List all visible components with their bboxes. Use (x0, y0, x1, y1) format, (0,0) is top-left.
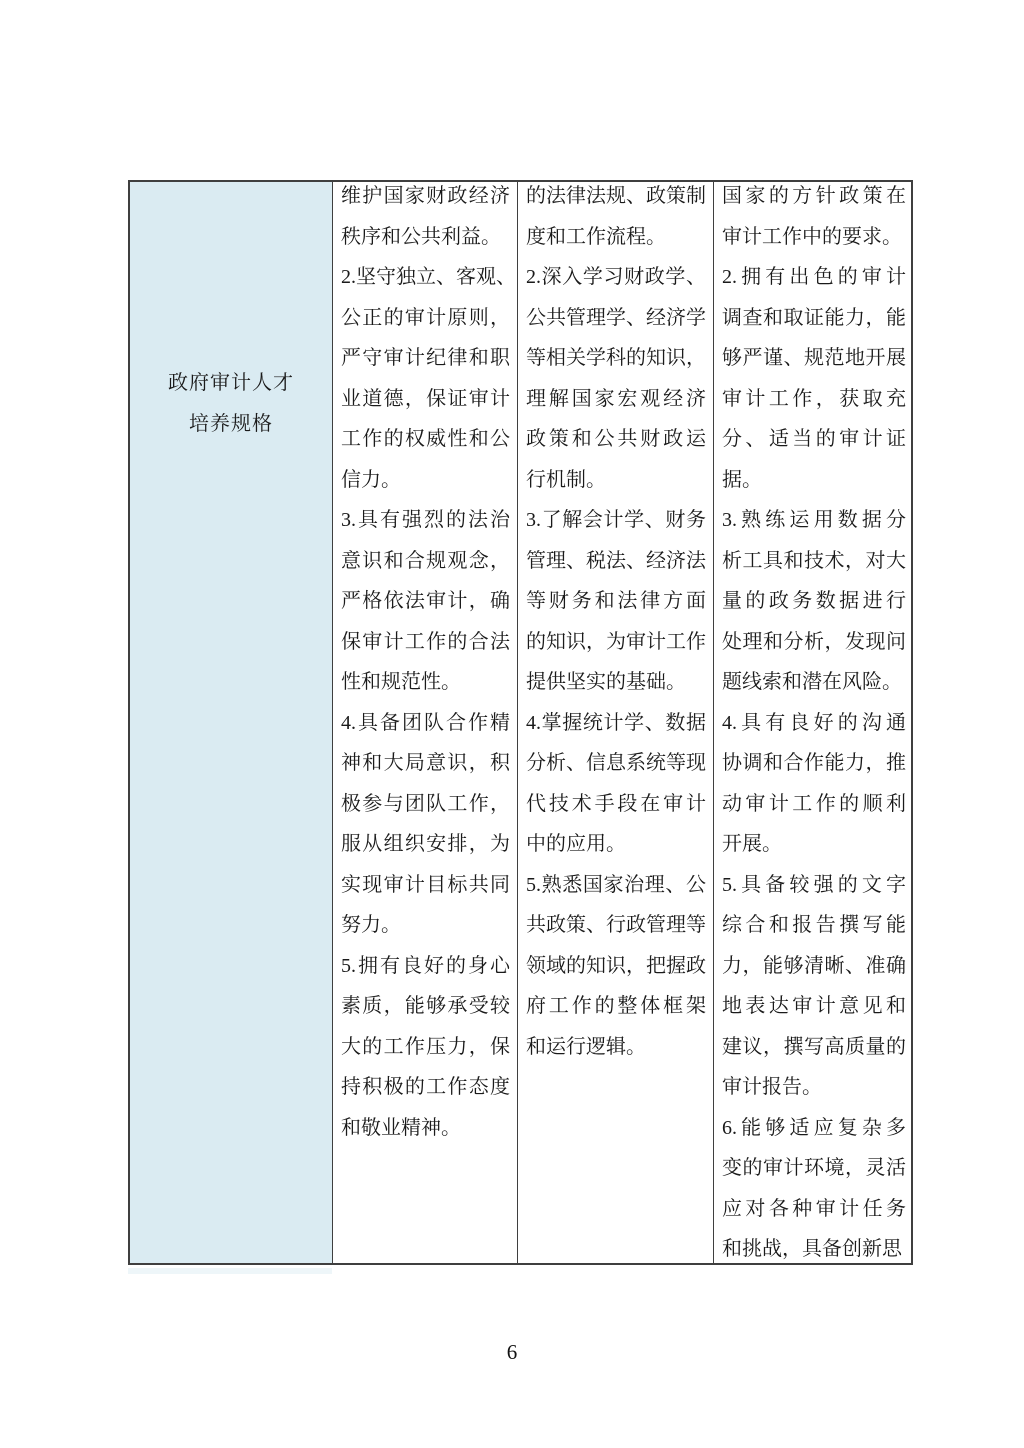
text-line: 地表达审计意见和 (722, 986, 906, 1027)
ability-requirements-text: 国家的方针政策在审计工作中的要求。2.拥有出色的审计调查和取证能力，能够严谨、规… (722, 182, 906, 1263)
text-line: 2.拥有出色的审计 (722, 257, 906, 298)
text-line: 共政策、行政管理等 (526, 905, 706, 946)
text-line: 严格依法审计，确 (341, 581, 510, 622)
text-line: 处理和分析，发现问 (722, 622, 906, 663)
text-line: 题线索和潜在风险。 (722, 662, 906, 703)
text-line: 大的工作压力，保 (341, 1027, 510, 1068)
text-line: 5.熟悉国家治理、公 (526, 865, 706, 906)
text-line: 国家的方针政策在 (722, 182, 906, 217)
text-line: 理解国家宏观经济 (526, 379, 706, 420)
text-line: 努力。 (341, 905, 510, 946)
text-line: 代技术手段在审计 (526, 784, 706, 825)
text-line: 5.拥有良好的身心 (341, 946, 510, 987)
text-line: 4.具有良好的沟通 (722, 703, 906, 744)
text-line: 建议，撰写高质量的 (722, 1027, 906, 1068)
text-line: 严守审计纪律和职 (341, 338, 510, 379)
text-line: 够严谨、规范地开展 (722, 338, 906, 379)
text-line: 管理、税法、经济法 (526, 541, 706, 582)
text-line: 应对各种审计任务 (722, 1189, 906, 1230)
text-line: 和挑战，具备创新思 (722, 1229, 906, 1263)
text-line: 调查和取证能力，能 (722, 298, 906, 339)
text-line: 极参与团队工作， (341, 784, 510, 825)
training-spec-table: 政府审计人才 培养规格 维护国家财政经济秩序和公共利益。2.坚守独立、客观、公正… (128, 180, 913, 1265)
text-line: 的知识，为审计工作 (526, 622, 706, 663)
quality-requirements-cell: 维护国家财政经济秩序和公共利益。2.坚守独立、客观、公正的审计原则，严守审计纪律… (332, 182, 517, 1263)
page-number: 6 (0, 1340, 1024, 1365)
text-line: 保审计工作的合法 (341, 622, 510, 663)
text-line: 意识和合规观念， (341, 541, 510, 582)
text-line: 实现审计目标共同 (341, 865, 510, 906)
knowledge-requirements-text: 的法律法规、政策制度和工作流程。2.深入学习财政学、公共管理学、经济学等相关学科… (526, 182, 706, 1067)
text-line: 3.了解会计学、财务 (526, 500, 706, 541)
text-line: 4.具备团队合作精 (341, 703, 510, 744)
text-line: 持积极的工作态度 (341, 1067, 510, 1108)
text-line: 公正的审计原则， (341, 298, 510, 339)
text-line: 政策和公共财政运 (526, 419, 706, 460)
text-line: 2.坚守独立、客观、 (341, 257, 510, 298)
text-line: 的法律法规、政策制 (526, 182, 706, 217)
text-line: 据。 (722, 460, 906, 501)
text-line: 府工作的整体框架 (526, 986, 706, 1027)
text-line: 等相关学科的知识， (526, 338, 706, 379)
knowledge-requirements-cell: 的法律法规、政策制度和工作流程。2.深入学习财政学、公共管理学、经济学等相关学科… (517, 182, 713, 1263)
text-line: 和敬业精神。 (341, 1108, 510, 1149)
text-line: 行机制。 (526, 460, 706, 501)
text-line: 秩序和公共利益。 (341, 217, 510, 258)
row-header-line-2: 培养规格 (130, 404, 332, 445)
row-header-cell: 政府审计人才 培养规格 (130, 182, 332, 1263)
text-line: 公共管理学、经济学 (526, 298, 706, 339)
quality-requirements-text: 维护国家财政经济秩序和公共利益。2.坚守独立、客观、公正的审计原则，严守审计纪律… (341, 182, 510, 1148)
text-line: 开展。 (722, 824, 906, 865)
text-line: 工作的权威性和公 (341, 419, 510, 460)
text-line: 领域的知识，把握政 (526, 946, 706, 987)
text-line: 量的政务数据进行 (722, 581, 906, 622)
document-page: 政府审计人才 培养规格 维护国家财政经济秩序和公共利益。2.坚守独立、客观、公正… (0, 0, 1024, 1448)
text-line: 度和工作流程。 (526, 217, 706, 258)
text-line: 2.深入学习财政学、 (526, 257, 706, 298)
text-line: 提供坚实的基础。 (526, 662, 706, 703)
text-line: 析工具和技术，对大 (722, 541, 906, 582)
text-line: 3.熟练运用数据分 (722, 500, 906, 541)
text-line: 审计工作中的要求。 (722, 217, 906, 258)
text-line: 素质，能够承受较 (341, 986, 510, 1027)
text-line: 审计工作，获取充 (722, 379, 906, 420)
text-line: 维护国家财政经济 (341, 182, 510, 217)
text-line: 3.具有强烈的法治 (341, 500, 510, 541)
text-line: 中的应用。 (526, 824, 706, 865)
text-line: 力，能够清晰、准确 (722, 946, 906, 987)
text-line: 服从组织安排，为 (341, 824, 510, 865)
text-line: 业道德，保证审计 (341, 379, 510, 420)
row-header-text: 政府审计人才 培养规格 (130, 182, 332, 444)
ability-requirements-cell: 国家的方针政策在审计工作中的要求。2.拥有出色的审计调查和取证能力，能够严谨、规… (713, 182, 913, 1263)
text-line: 分析、信息系统等现 (526, 743, 706, 784)
text-line: 审计报告。 (722, 1067, 906, 1108)
text-line: 和运行逻辑。 (526, 1027, 706, 1068)
text-line: 等财务和法律方面 (526, 581, 706, 622)
text-line: 分、适当的审计证 (722, 419, 906, 460)
text-line: 动审计工作的顺利 (722, 784, 906, 825)
text-line: 6.能够适应复杂多 (722, 1108, 906, 1149)
row-header-line-1: 政府审计人才 (130, 363, 332, 404)
text-line: 变的审计环境，灵活 (722, 1148, 906, 1189)
text-line: 综合和报告撰写能 (722, 905, 906, 946)
text-line: 5.具备较强的文字 (722, 865, 906, 906)
text-line: 协调和合作能力，推 (722, 743, 906, 784)
table-continuation-shade (128, 1268, 332, 1274)
text-line: 4.掌握统计学、数据 (526, 703, 706, 744)
text-line: 性和规范性。 (341, 662, 510, 703)
text-line: 神和大局意识，积 (341, 743, 510, 784)
text-line: 信力。 (341, 460, 510, 501)
